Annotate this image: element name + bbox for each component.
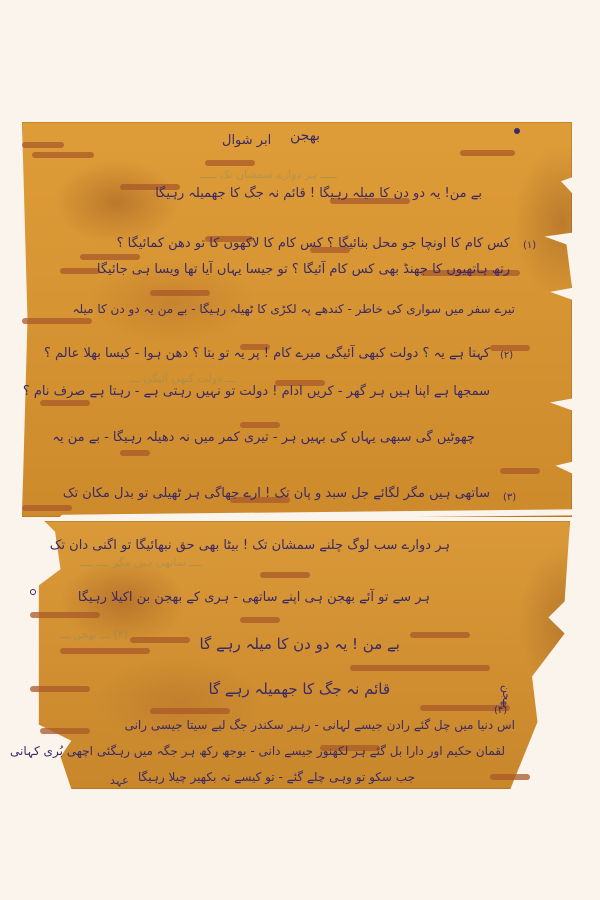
text-line-9: ہر دوارے سب لوگ چلنے سمشان تک ! بیٹا بھی…	[50, 538, 450, 553]
text-line-15: جب سکو تو وہی چلے گئے - تو کیسے نہ بکھیر…	[138, 770, 415, 784]
text-line-5: کہتا ہے یہ ؟ دولت کبھی آئیگی میرے کام ! …	[44, 346, 490, 361]
text-line-10: ہر سے تو آئے بھجن ہی اپنے ساتھی - ہری کے…	[78, 590, 430, 605]
text-line-1: بے من! یہ دو دن کا میلہ رہیگا ! قائم نہ …	[155, 186, 482, 201]
margin-note: بھجن	[500, 685, 513, 709]
text-line-2: کس کام کا اونچا جو محل بنائیگا ؟ کس کام …	[117, 236, 510, 251]
signature: عہد	[110, 774, 129, 787]
title-left: ابر شوال	[222, 133, 271, 148]
text-line-3: رتھ ہاتھیوں کا جھنڈ بھی کس کام آئیگا ؟ ت…	[97, 262, 510, 277]
text-line-12: قائم نہ جگ کا جھمیلہ رہے گا	[208, 680, 390, 698]
text-line-14: لقمان حکیم اور دارا بل گئے ہر لکھنور جیس…	[10, 744, 505, 758]
bark-sheet-top	[22, 122, 572, 517]
text-line-11: بے من ! یہ دو دن کا میلہ رہے گا	[200, 635, 401, 653]
title-right: بھجن	[290, 128, 320, 144]
line-number-2: (۲)	[500, 350, 513, 361]
text-line-13: اس دنیا میں چل گئے رادن جیسے لہانی - رہب…	[125, 718, 515, 732]
faded-underwriting: (۲) ـــ بھجن ـــ	[60, 628, 128, 641]
faded-underwriting: ــــ ساتھی ہیں مگر ــــ ــــ	[80, 556, 202, 569]
line-number-1: (۱)	[523, 240, 536, 251]
text-line-4: تیرے سفر میں سواری کی خاطر - کندھے پہ لک…	[72, 302, 515, 316]
text-line-8: ساتھی ہیں مگر لگائے جل سبد و پان تک ! ار…	[63, 486, 490, 501]
faded-underwriting: ـــــ ہر دوارے سمشان تک ـــــ	[200, 168, 337, 181]
text-line-7: چھوٹیں گی سبھی یہاں کی بہیں ہر - تیری کم…	[52, 430, 475, 445]
ink-ring	[30, 589, 36, 595]
text-line-6: سمجھا ہے اپنا ہیں ہر گھر - کریں ادام ! د…	[23, 384, 490, 399]
line-number-3: (۳)	[503, 492, 516, 503]
ink-dot	[514, 128, 520, 134]
